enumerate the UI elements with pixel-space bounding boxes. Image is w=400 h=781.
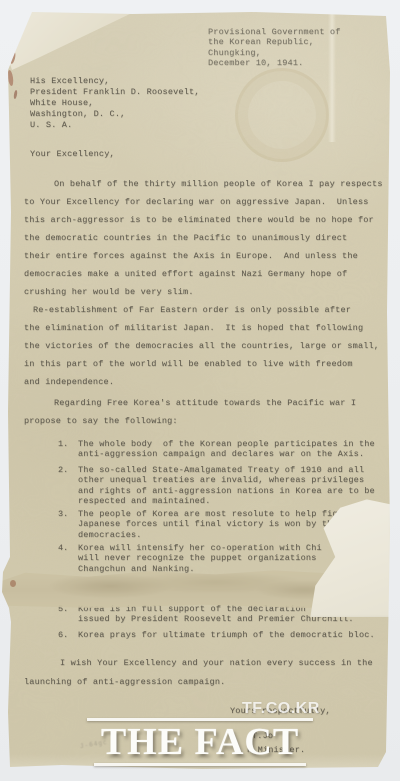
scanned-letter-page: Provisional Government ofthe Korean Repu… <box>0 0 400 781</box>
list-item-number: 4. <box>58 543 68 553</box>
text-line: the democratic countries in the Pacific … <box>24 229 383 247</box>
logo-wordmark: THE FACT <box>86 721 314 763</box>
closing-paragraph: I wish Your Excellency and your nation e… <box>24 654 373 692</box>
paragraph-3: Regarding Free Korea's attitude towards … <box>24 394 356 430</box>
text-line: respected and maintained. <box>78 496 378 506</box>
text-line: and rights of anti-aggression nations in… <box>78 486 378 496</box>
text-line: their entire forces against the Axis in … <box>24 247 383 265</box>
paragraph-1: On behalf of the thirty million people o… <box>24 175 383 301</box>
recipient-address-block: His Excellency,President Franklin D. Roo… <box>30 76 200 131</box>
text-line: the Korean Republic, <box>208 37 341 47</box>
text-line: the victories of the democracies all the… <box>24 337 379 355</box>
text-line: White House, <box>30 98 200 109</box>
logo-rule-bottom <box>94 763 306 766</box>
text-line: The whole body of the Korean people part… <box>78 439 378 449</box>
text-line: to Your Excellency for declaring war on … <box>24 193 383 211</box>
list-item-text: Korea prays for ultimate triumph of the … <box>78 630 378 640</box>
text-line: Washington, D. C., <box>30 109 200 120</box>
text-line: in this part of the world will be enable… <box>24 355 379 373</box>
rust-stain <box>10 580 16 587</box>
text-line: propose to say the following: <box>24 412 356 430</box>
text-line: U. S. A. <box>30 120 200 131</box>
salutation-line: Your Excellency, <box>30 149 115 159</box>
text-line: Chungking, <box>208 48 341 58</box>
text-line: launching of anti-aggression campaign. <box>24 673 373 692</box>
list-item-6: 6. Korea prays for ultimate triumph of t… <box>58 630 378 640</box>
text-line: His Excellency, <box>30 76 200 87</box>
list-item-2: 2. The so-called State-Amalgamated Treat… <box>58 465 378 506</box>
text-line: and independence. <box>24 373 379 391</box>
the-fact-logo: THE FACT <box>86 718 314 766</box>
list-item-1: 1. The whole body of the Korean people p… <box>58 439 378 460</box>
letter-paper-sheet: Provisional Government ofthe Korean Repu… <box>2 12 390 769</box>
list-item-number: 2. <box>58 465 68 475</box>
paragraph-2: Re-establishment of Far Eastern order is… <box>24 301 379 391</box>
text-line: the elimination of militarist Japan. It … <box>24 319 379 337</box>
watermark-site-url: TF.CO.KR <box>242 700 320 718</box>
text-line: democracies make a united effort against… <box>24 265 383 283</box>
text-line: crushing her would be very slim. <box>24 283 383 301</box>
text-line: other unequal treaties are invalid, wher… <box>78 475 378 485</box>
typed-text-layer: Provisional Government ofthe Korean Repu… <box>2 12 390 769</box>
list-item-text: The whole body of the Korean people part… <box>78 439 378 460</box>
text-line: this arch-aggressor is to be eliminated … <box>24 211 383 229</box>
list-item-number: 3. <box>58 509 68 519</box>
text-line: On behalf of the thirty million people o… <box>24 175 383 193</box>
text-line: Regarding Free Korea's attitude towards … <box>24 394 356 412</box>
text-line: I wish Your Excellency and your nation e… <box>24 654 373 673</box>
text-line: The so-called State-Amalgamated Treaty o… <box>78 465 378 475</box>
list-item-text: The so-called State-Amalgamated Treaty o… <box>78 465 378 506</box>
text-line: President Franklin D. Roosevelt, <box>30 87 200 98</box>
text-line: Re-establishment of Far Eastern order is… <box>24 301 379 319</box>
list-item-number: 6. <box>58 630 68 640</box>
text-line: Korea prays for ultimate triumph of the … <box>78 630 378 640</box>
text-line: anti-aggression campaign and declares wa… <box>78 449 378 459</box>
text-line: December 10, 1941. <box>208 58 341 68</box>
sender-header-block: Provisional Government ofthe Korean Repu… <box>208 27 341 68</box>
text-line: Provisional Government of <box>208 27 341 37</box>
list-item-number: 1. <box>58 439 68 449</box>
